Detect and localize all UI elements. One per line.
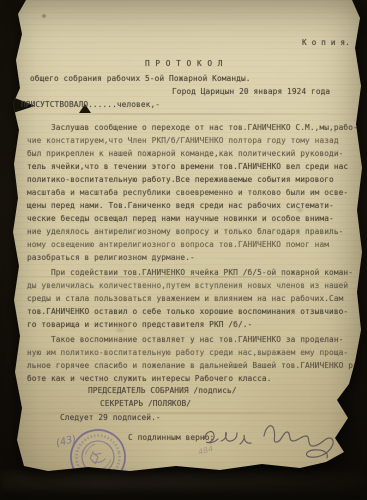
chairman-line: ПРЕДСЕДАТЕЛЬ СОБРАНИЯ /подпись/ bbox=[88, 384, 237, 397]
body-paragraph-2: При содействии тов.ГАНИЧЕНКО ячейка РКП … bbox=[27, 266, 353, 331]
document-title: П Р О Т О К О Л bbox=[145, 57, 223, 70]
handwritten-signature bbox=[188, 412, 348, 468]
typewritten-line: го товарища и истинного представителя РК… bbox=[27, 318, 353, 331]
typewritten-line: ние уделялось антирелигиозному вопросу и… bbox=[27, 225, 358, 238]
typewritten-line: чие констатируем,что Член РКП/б/ГАНИЧЕНК… bbox=[27, 134, 358, 147]
typewritten-line: Заслушав сообщение о переходе от нас тов… bbox=[27, 121, 358, 134]
paper-sheet-wrap: К о п и я. П Р О Т О К О Л общего собран… bbox=[0, 0, 367, 500]
typewritten-line: разобраться в религиозном дурмане.- bbox=[27, 251, 358, 264]
typewritten-line: При содействии тов.ГАНИЧЕНКО ячейка РКП … bbox=[27, 266, 353, 279]
body-paragraph-3: Такое воспоминание оставляет у нас тов.Г… bbox=[27, 333, 363, 385]
document-subtitle: общего собрания рабочих 5-ой Пожарной Ко… bbox=[30, 72, 251, 85]
typewritten-line: тель ячейки,что в течении этого времени … bbox=[27, 160, 358, 173]
typewritten-line: тов.ГАНИЧЕНКО оставил о себе только хоро… bbox=[27, 305, 353, 318]
typewritten-line: Такое воспоминание оставляет у нас тов.Г… bbox=[27, 333, 363, 346]
paper-sheet: К о п и я. П Р О Т О К О Л общего собран… bbox=[0, 0, 367, 500]
typewritten-line: масштаба и масштаба республики своевреме… bbox=[27, 186, 358, 199]
typewritten-line: щены перед нами. Тов.Ганиченко ведя сред… bbox=[27, 199, 358, 212]
secretary-line: СЕКРЕТАРЬ /ПОЛЯКОВ/ bbox=[100, 397, 191, 410]
photographed-document: К о п и я. П Р О Т О К О Л общего собран… bbox=[0, 0, 367, 500]
round-stamp-seal bbox=[53, 412, 143, 500]
attendance-line: ПРИСУТСТВОВАЛО......человек,- bbox=[21, 98, 160, 111]
typewritten-line: ную им политико-воспитательную работу ср… bbox=[27, 346, 363, 359]
place-date-line: Город Царицын 20 января 1924 года bbox=[172, 85, 330, 98]
typewritten-line: льное горячее спасибо и пожелание в даль… bbox=[27, 359, 363, 372]
typewritten-line: среды и стала пользоваться уважением и в… bbox=[27, 292, 353, 305]
typewritten-line: политико-воспитательную работу.Все переж… bbox=[27, 173, 358, 186]
typewritten-line: ды увеличилась количественно,путем вступ… bbox=[27, 279, 353, 292]
body-paragraph-1: Заслушав сообщение о переходе от нас тов… bbox=[27, 121, 358, 264]
typewritten-line: был прикреплен к нашей пожарной команде,… bbox=[27, 147, 358, 160]
typewritten-line: ческие беседы освещал перед нами научные… bbox=[27, 212, 358, 225]
typewritten-line: ному освещению антирелигиозного вопроса … bbox=[27, 238, 358, 251]
copy-label: К о п и я. bbox=[302, 36, 350, 49]
